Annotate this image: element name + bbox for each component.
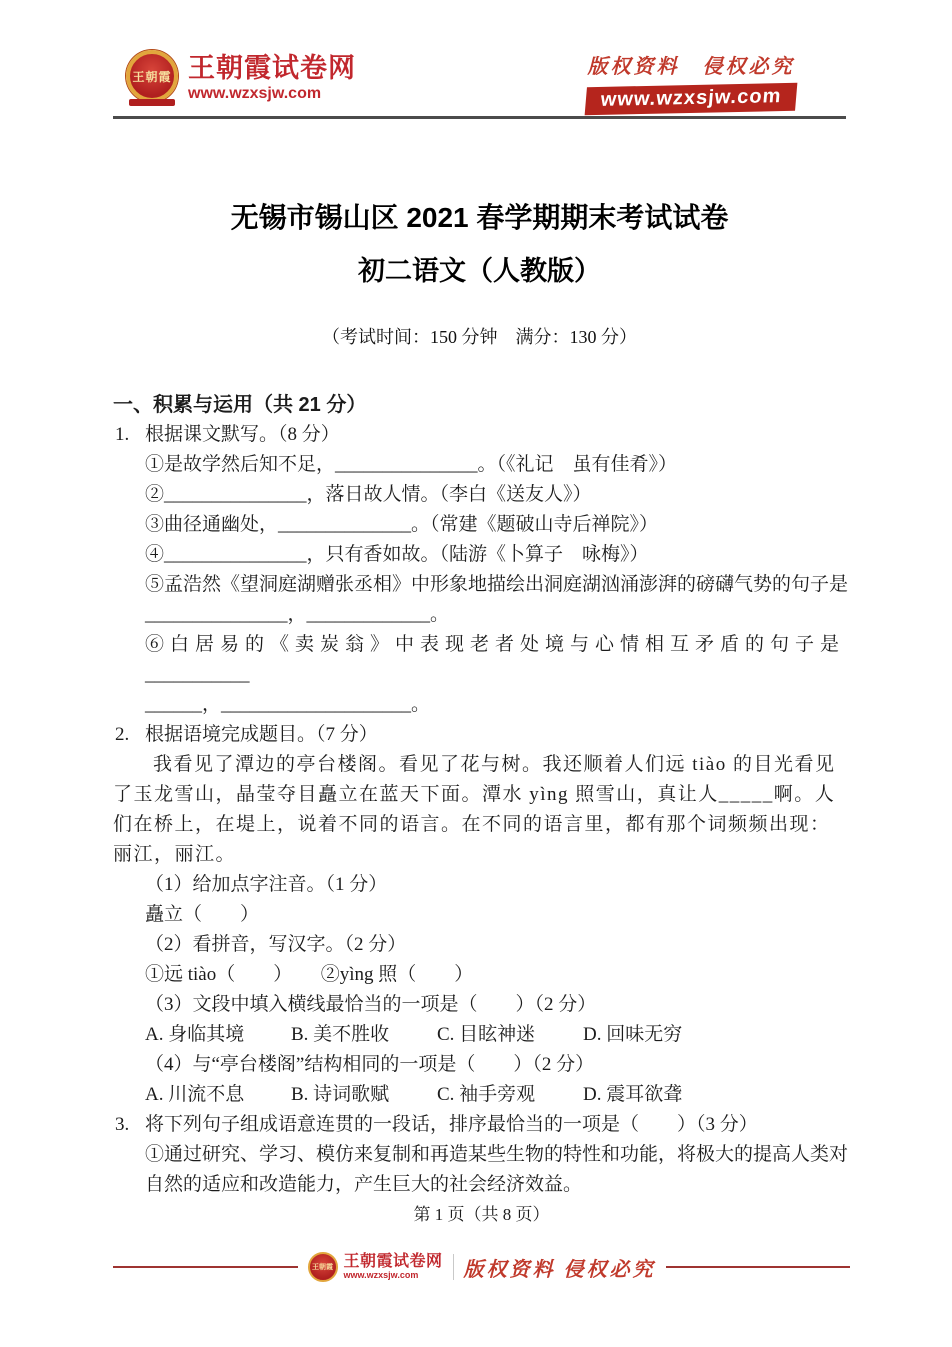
- exam-subtitle: 初二语文（人教版）: [113, 249, 846, 288]
- page-number: 第 1 页（共 8 页）: [113, 1200, 850, 1230]
- footer-divider: [453, 1254, 454, 1280]
- q2-sub2-item: ①远 tiào（ ） ②yìng 照（ ）: [145, 960, 850, 990]
- q1-line-6-continuation: ______，____________________。: [145, 690, 850, 720]
- question-1-stem: 根据课文默写。（8 分）: [145, 420, 850, 450]
- q2-sub1-stem: （1）给加点字注音。（1 分）: [145, 870, 850, 900]
- footer-seal-text: 王朝霞: [312, 1262, 333, 1272]
- question-2-stem: 根据语境完成题目。（7 分）: [145, 720, 850, 750]
- question-3-number: 3.: [115, 1110, 129, 1140]
- site-logo: 王朝霞 王朝霞试卷网 www.wzxsjw.com: [126, 50, 356, 106]
- q2-sub4-options: A. 川流不息 B. 诗词歌赋 C. 袖手旁观 D. 震耳欲聋: [145, 1080, 850, 1110]
- q2-reading-passage: 我看见了潭边的亭台楼阁。看见了花与树。我还顺着人们远 tiào 的目光看见了玉龙…: [113, 750, 850, 870]
- question-3-stem: 将下列句子组成语意连贯的一段话，排序最恰当的一项是（ ）（3 分）: [145, 1110, 850, 1140]
- footer-site-name: 王朝霞试卷网: [344, 1254, 443, 1271]
- seal-ribbon: [129, 99, 175, 106]
- question-2-number: 2.: [115, 720, 129, 750]
- site-name: 王朝霞试卷网: [188, 53, 356, 83]
- q2-sub4-option-b: B. 诗词歌赋: [291, 1080, 437, 1110]
- q2-sub3-options: A. 身临其境 B. 美不胜收 C. 目眩神迷 D. 回味无穷: [145, 1020, 850, 1050]
- q2-sub4-option-a: A. 川流不息: [145, 1080, 291, 1110]
- header-copyright-block: 版权资料 侵权必究 www.wzxsjw.com: [586, 50, 796, 113]
- q2-sub4-option-c: C. 袖手旁观: [437, 1080, 583, 1110]
- copyright-slogan: 版权资料 侵权必究: [586, 50, 796, 79]
- q2-sub3-stem: （3）文段中填入横线最恰当的一项是（ ）（2 分）: [145, 990, 850, 1020]
- q1-line-4: ④_______________，只有香如故。（陆游《卜算子 咏梅》）: [145, 540, 850, 570]
- footer: 王朝霞 王朝霞试卷网 www.wzxsjw.com 版权资料 侵权必究: [113, 1252, 850, 1282]
- question-2: 2. 根据语境完成题目。（7 分） 我看见了潭边的亭台楼阁。看见了花与树。我还顺…: [113, 720, 850, 1110]
- exam-body: 一、积累与运用（共 21 分） 1. 根据课文默写。（8 分） ①是故学然后知不…: [113, 390, 850, 1230]
- q2-sub1-item: 矗立（ ）: [145, 900, 850, 930]
- q2-sub3-option-b: B. 美不胜收: [291, 1020, 437, 1050]
- seal-badge: 王朝霞: [126, 50, 178, 102]
- footer-line-right: [666, 1266, 851, 1268]
- q2-sub3-option-a: A. 身临其境: [145, 1020, 291, 1050]
- exam-info: （考试时间：150 分钟 满分：130 分）: [113, 323, 846, 349]
- q1-line-1: ①是故学然后知不足，_______________。（《礼记 虽有佳肴》）: [145, 450, 850, 480]
- q1-line-5: ⑤孟浩然《望洞庭湖赠张丞相》中形象地描绘出洞庭湖汹涌澎湃的磅礴气势的句子是___…: [145, 570, 850, 630]
- question-1-number: 1.: [115, 420, 129, 450]
- q2-sub4-stem: （4）与“亭台楼阁”结构相同的一项是（ ）（2 分）: [145, 1050, 850, 1080]
- footer-logo: 王朝霞 王朝霞试卷网 www.wzxsjw.com: [308, 1252, 443, 1282]
- header-divider: [113, 116, 846, 119]
- q1-line-3: ③曲径通幽处，______________。（常建《题破山寺后禅院》）: [145, 510, 850, 540]
- q2-sub3-option-d: D. 回味无穷: [583, 1020, 729, 1050]
- q2-sub3-option-c: C. 目眩神迷: [437, 1020, 583, 1050]
- footer-line-left: [113, 1266, 298, 1268]
- footer-copyright-slogan: 版权资料 侵权必究: [464, 1253, 656, 1282]
- question-3: 3. 将下列句子组成语意连贯的一段话，排序最恰当的一项是（ ）（3 分） ①通过…: [113, 1110, 850, 1200]
- footer-site-url: www.wzxsjw.com: [344, 1271, 443, 1280]
- site-seal-icon: 王朝霞: [126, 50, 178, 106]
- question-1: 1. 根据课文默写。（8 分） ①是故学然后知不足，______________…: [113, 420, 850, 720]
- site-url: www.wzxsjw.com: [188, 85, 356, 103]
- url-banner: www.wzxsjw.com: [585, 83, 798, 115]
- logo-text: 王朝霞试卷网 www.wzxsjw.com: [188, 53, 356, 103]
- footer-logo-text: 王朝霞试卷网 www.wzxsjw.com: [344, 1254, 443, 1280]
- q1-line-6-blank: ___________: [145, 660, 850, 690]
- q1-line-6: ⑥白居易的《卖炭翁》中表现老者处境与心情相互矛盾的句子是: [145, 630, 850, 660]
- footer-seal-icon: 王朝霞: [308, 1252, 338, 1282]
- seal-badge-text: 王朝霞: [132, 68, 171, 85]
- section-1-heading: 一、积累与运用（共 21 分）: [113, 390, 850, 420]
- q2-sub4-option-d: D. 震耳欲聋: [583, 1080, 729, 1110]
- q1-line-2: ②_______________，落日故人情。（李白《送友人》）: [145, 480, 850, 510]
- q2-sub2-stem: （2）看拼音，写汉字。（2 分）: [145, 930, 850, 960]
- q3-sentence-1: ①通过研究、学习、模仿来复制和再造某些生物的特性和功能，将极大的提高人类对自然的…: [145, 1140, 850, 1200]
- exam-title: 无锡市锡山区 2021 春学期期末考试试卷: [113, 196, 846, 236]
